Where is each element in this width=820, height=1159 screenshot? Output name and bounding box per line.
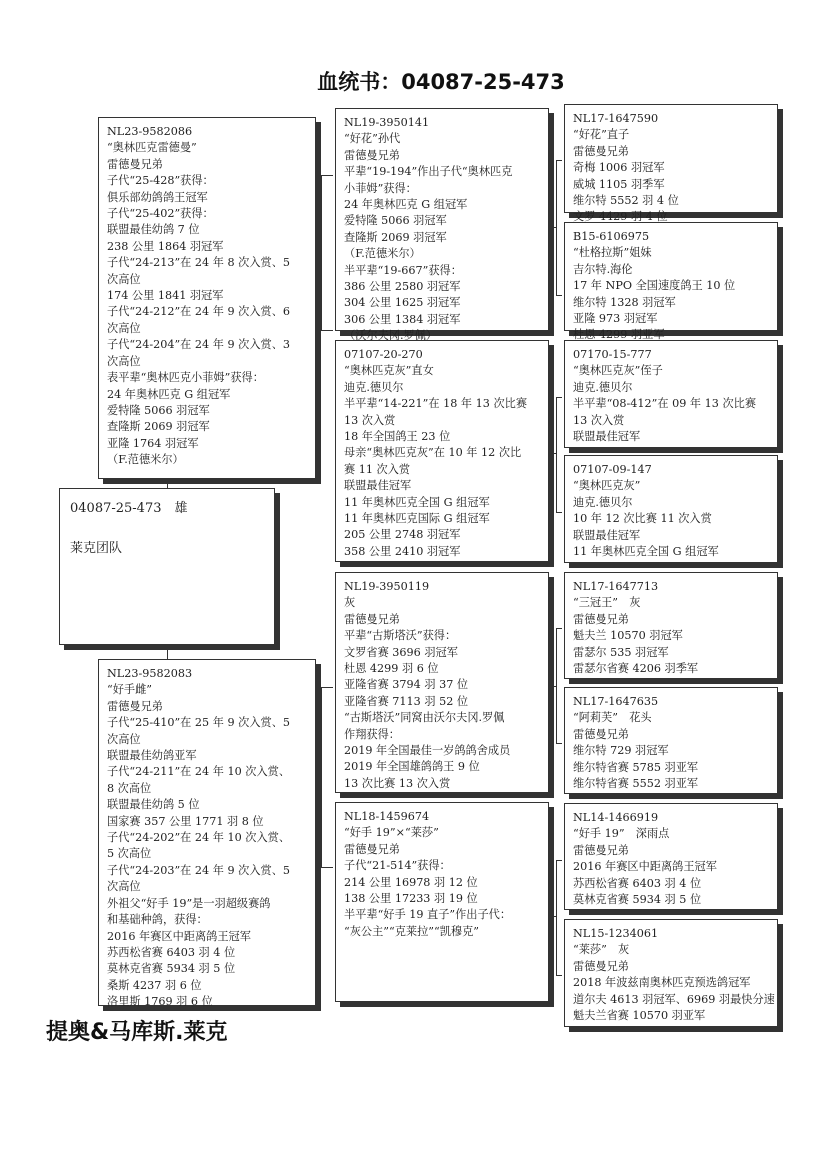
ring-number: NL19-3950119: [344, 579, 540, 595]
pigeon-name: “好手 19” 深雨点: [573, 826, 769, 842]
record-line: 24 年奥林匹克 G 组冠军: [344, 197, 540, 213]
pigeon-name: “好花”孙代: [344, 131, 540, 147]
record-line: 5 次高位: [107, 846, 307, 862]
record-line: 半平辈“14-221”在 18 年 13 次比赛: [344, 396, 540, 412]
record-line: 雷瑟尔省赛 4206 羽季军: [573, 661, 769, 677]
record-line: 表平辈“奥林匹克小菲姆”获得：: [107, 370, 307, 386]
breeder: 雷德曼兄弟: [344, 612, 540, 628]
pigeon-name: “奥林匹克灰”侄子: [573, 363, 769, 379]
record-line: 爱特隆 5066 羽冠军: [344, 213, 540, 229]
record-line: 子代“24-204”在 24 年 9 次入赏、3: [107, 337, 307, 353]
record-line: 8 次高位: [107, 781, 307, 797]
breeder: 迪克.德贝尔: [573, 380, 769, 396]
record-line: 亚隆 1764 羽冠军: [107, 436, 307, 452]
record-line: 联盟最佳幼鸽 7 位: [107, 222, 307, 238]
breeder: 雷德曼兄弟: [573, 727, 769, 743]
record-line: 维尔特省赛 5785 羽亚军: [573, 760, 769, 776]
ring-number: B15-6106975: [573, 229, 769, 245]
pigeon-name: “奥林匹克雷德曼”: [107, 140, 307, 156]
breeder: 雷德曼兄弟: [573, 612, 769, 628]
record-line: 13 次比赛 13 次入赏: [344, 776, 540, 792]
great-grandparent-card-3: 07170-15-777 “奥林匹克灰”侄子 迪克.德贝尔 半平辈“08-412…: [564, 340, 778, 448]
record-line: 304 公里 1625 羽冠军: [344, 295, 540, 311]
record-line: 11 年奥林匹克全国 G 组冠军: [344, 495, 540, 511]
record-line: 维尔特 1328 羽冠军: [573, 295, 769, 311]
record-line: 174 公里 1841 羽冠军: [107, 288, 307, 304]
record-line: 子代“25-410”在 25 年 9 次入赏、5: [107, 715, 307, 731]
record-line: 次高位: [107, 732, 307, 748]
pigeon-name: “奥林匹克灰”: [573, 478, 769, 494]
great-grandparent-card-5: NL17-1647713 “三冠王” 灰 雷德曼兄弟 魁夫兰 10570 羽冠军…: [564, 572, 778, 679]
breeder: 吉尔特.海伦: [573, 262, 769, 278]
record-line: 13 次入赏: [573, 413, 769, 429]
granddam-paternal-card: 07107-20-270 “奥林匹克灰”直女 迪克.德贝尔 半平辈“14-221…: [335, 340, 549, 562]
connector-line: [556, 860, 557, 975]
record-line: 2016 年赛区中距离鸽王冠军: [573, 859, 769, 875]
connector-line: [167, 645, 168, 659]
ring-number: 07107-09-147: [573, 462, 769, 478]
record-line: 莫林克省赛 5934 羽 5 位: [573, 892, 769, 908]
record-line: 次高位: [107, 272, 307, 288]
record-line: 俱乐部幼鸽鸽王冠军: [107, 190, 307, 206]
ring-number: NL18-1459674: [344, 809, 540, 825]
record-line: 文罗省赛 3696 羽冠军: [344, 645, 540, 661]
connector-line: [556, 860, 562, 861]
record-line: 306 公里 1384 羽冠军: [344, 312, 540, 328]
page-title: 血统书：04087-25-473: [0, 66, 820, 96]
breeder: 雷德曼兄弟: [573, 959, 769, 975]
record-line: 威城 1105 羽季军: [573, 177, 769, 193]
record-line: 魁夫兰 10570 羽冠军: [573, 628, 769, 644]
connector-line: [552, 227, 557, 228]
record-line: 13 次入赏: [344, 413, 540, 429]
record-line: 亚隆省赛 7113 羽 52 位: [344, 694, 540, 710]
record-line: 子代“25-428”获得：: [107, 173, 307, 189]
record-line: 联盟最佳冠军: [573, 429, 769, 445]
record-line: 洛里斯 1769 羽 6 位: [107, 994, 307, 1010]
record-line: 17 年 NPO 全国速度鸽王 10 位: [573, 278, 769, 294]
grandsire-maternal-card: NL19-3950119 灰 雷德曼兄弟 平辈“古斯塔沃”获得： 文罗省赛 36…: [335, 572, 549, 793]
owner-signature: 提奥&马库斯.莱克: [46, 1015, 228, 1046]
pigeon-name: “莱莎” 灰: [573, 942, 769, 958]
record-line: 和基础种鸽，获得：: [107, 912, 307, 928]
great-grandparent-card-6: NL17-1647635 “阿莉芙” 花头 雷德曼兄弟 维尔特 729 羽冠军 …: [564, 687, 778, 794]
great-grandparent-card-2: B15-6106975 “杜格拉斯”姐妹 吉尔特.海伦 17 年 NPO 全国速…: [564, 222, 778, 331]
great-grandparent-card-7: NL14-1466919 “好手 19” 深雨点 雷德曼兄弟 2016 年赛区中…: [564, 803, 778, 910]
record-line: 苏西松省赛 6403 羽 4 位: [573, 876, 769, 892]
record-line: 半平辈“08-412”在 09 年 13 次比赛: [573, 396, 769, 412]
ring-number: NL17-1647713: [573, 579, 769, 595]
record-line: 平辈“19-194”作出子代“奥林匹克: [344, 164, 540, 180]
record-line: 维尔特 729 羽冠军: [573, 743, 769, 759]
record-line: 平辈“古斯塔沃”获得：: [344, 628, 540, 644]
record-line: 联盟最佳幼鸽亚军: [107, 748, 307, 764]
record-line: 138 公里 17233 羽 19 位: [344, 891, 540, 907]
breeder: 雷德曼兄弟: [344, 842, 540, 858]
sire-card: NL23-9582086 “奥林匹克雷德曼” 雷德曼兄弟 子代“25-428”获…: [98, 117, 316, 479]
pigeon-name: “好手雌”: [107, 682, 307, 698]
record-line: 子代“24-202”在 24 年 10 次入赏、: [107, 830, 307, 846]
connector-line: [556, 295, 562, 296]
ring-number: 04087-25-473: [70, 501, 162, 516]
ring-number: NL14-1466919: [573, 810, 769, 826]
grandsire-paternal-card: NL19-3950141 “好花”孙代 雷德曼兄弟 平辈“19-194”作出子代…: [335, 108, 549, 331]
record-line: 母亲“奥林匹克灰”在 10 年 12 次比: [344, 445, 540, 461]
record-line: 2016 年赛区中距离鸽王冠军: [107, 929, 307, 945]
ring-number: NL15-1234061: [573, 926, 769, 942]
record-line: 子代“24-203”在 24 年 9 次入赏、5: [107, 863, 307, 879]
record-line: 亚隆 973 羽冠军: [573, 311, 769, 327]
connector-line: [556, 397, 562, 398]
breeder: 雷德曼兄弟: [344, 148, 540, 164]
ring-number: NL17-1647635: [573, 694, 769, 710]
breeder: 雷德曼兄弟: [107, 699, 307, 715]
pigeon-name: “好手 19”×“莱莎”: [344, 825, 540, 841]
great-grandparent-card-4: 07107-09-147 “奥林匹克灰” 迪克.德贝尔 10 年 12 次比赛 …: [564, 455, 778, 563]
record-line: 维尔特省赛 5552 羽亚军: [573, 776, 769, 792]
connector-line: [556, 512, 562, 513]
record-line: 358 公里 2410 羽冠军: [344, 544, 540, 560]
record-line: 爱特隆 5066 羽冠军: [107, 403, 307, 419]
connector-line: [556, 628, 562, 629]
record-line: 联盟最佳幼鸽 5 位: [107, 797, 307, 813]
granddam-maternal-card: NL18-1459674 “好手 19”×“莱莎” 雷德曼兄弟 子代“21-51…: [335, 802, 549, 1002]
record-line: 作翔获得：: [344, 727, 540, 743]
record-line: 18 年全国鸽王 23 位: [344, 429, 540, 445]
pigeon-name: 灰: [344, 595, 540, 611]
record-line: 次高位: [107, 354, 307, 370]
record-line: 次高位: [107, 321, 307, 337]
record-line: 小菲姆”获得：: [344, 181, 540, 197]
pigeon-name: “杜格拉斯”姐妹: [573, 245, 769, 261]
record-line: 联盟最佳冠军: [344, 478, 540, 494]
breeder: 迪克.德贝尔: [344, 380, 540, 396]
pigeon-name: “奥林匹克灰”直女: [344, 363, 540, 379]
connector-line: [552, 686, 557, 687]
ring-number: 07170-15-777: [573, 347, 769, 363]
connector-line: [316, 253, 322, 254]
record-line: 10 年 12 次比赛 11 次入赏: [573, 511, 769, 527]
ring-number: NL17-1647590: [573, 111, 769, 127]
dam-card: NL23-9582083 “好手雌” 雷德曼兄弟 子代“25-410”在 25 …: [98, 659, 316, 1006]
record-line: （F.范德米尔）: [107, 452, 307, 468]
record-line: 联盟最佳冠军: [573, 528, 769, 544]
record-line: 维尔特 5552 羽 4 位: [573, 193, 769, 209]
record-line: 苏西松省赛 6403 羽 4 位: [107, 945, 307, 961]
connector-line: [321, 175, 333, 176]
connector-line: [556, 975, 562, 976]
record-line: 亚隆省赛 3794 羽 37 位: [344, 677, 540, 693]
pigeon-name: “阿莉芙” 花头: [573, 710, 769, 726]
connector-line: [552, 916, 557, 917]
connector-line: [552, 453, 557, 454]
subject-card: 04087-25-473 雄 莱克团队: [59, 488, 275, 645]
record-line: （F.范德米尔）: [344, 246, 540, 262]
connector-line: [321, 687, 333, 688]
record-line: 国家赛 357 公里 1771 羽 8 位: [107, 814, 307, 830]
record-line: 查隆斯 2069 羽冠军: [107, 419, 307, 435]
record-line: 11 年奥林匹克全国 G 组冠军: [573, 544, 769, 560]
record-line: 半平辈“好手 19 直子”作出子代：: [344, 907, 540, 923]
ring-number: NL23-9582086: [107, 124, 307, 140]
record-line: 205 公里 2748 羽冠军: [344, 527, 540, 543]
breeder: 雷德曼兄弟: [107, 157, 307, 173]
record-line: 子代“24-211”在 24 年 10 次入赏、: [107, 764, 307, 780]
pigeon-name: “好花”直子: [573, 127, 769, 143]
record-line: 莫林克省赛 5934 羽 5 位: [107, 961, 307, 977]
pigeon-name: “三冠王” 灰: [573, 595, 769, 611]
connector-line: [321, 867, 333, 868]
breeder: 雷德曼兄弟: [573, 144, 769, 160]
record-line: 杜恩 4299 羽 6 位: [344, 661, 540, 677]
breeder: 雷德曼兄弟: [573, 843, 769, 859]
owner: 莱克团队: [70, 539, 264, 559]
subject-header: 04087-25-473 雄: [70, 499, 264, 519]
connector-line: [321, 687, 322, 867]
record-line: 子代“21-514”获得：: [344, 858, 540, 874]
great-grandparent-card-1: NL17-1647590 “好花”直子 雷德曼兄弟 奇梅 1006 羽冠军 威城…: [564, 104, 778, 213]
record-line: “古斯塔沃”同窝由沃尔夫冈.罗佩: [344, 710, 540, 726]
connector-line: [316, 775, 322, 776]
record-line: 214 公里 16978 羽 12 位: [344, 875, 540, 891]
record-line: 11 年奥林匹克国际 G 组冠军: [344, 511, 540, 527]
record-line: 奇梅 1006 羽冠军: [573, 160, 769, 176]
record-line: 386 公里 2580 羽冠军: [344, 279, 540, 295]
record-line: 半平辈“19-667”获得：: [344, 263, 540, 279]
connector-line: [556, 397, 557, 512]
record-line: 2018 年波兹南奥林匹克预选鸽冠军: [573, 975, 769, 991]
sex-label: 雄: [175, 501, 188, 516]
record-line: 魁夫兰省赛 10570 羽亚军: [573, 1008, 769, 1024]
record-line: 道尔夫 4613 羽冠军、6969 羽最快分速: [573, 992, 769, 1008]
ring-number: NL23-9582083: [107, 666, 307, 682]
record-line: “灰公主”“克莱拉”“凯穆克”: [344, 924, 540, 940]
ring-number: NL19-3950141: [344, 115, 540, 131]
record-line: 桑斯 4237 羽 6 位: [107, 978, 307, 994]
record-line: 24 年奥林匹克 G 组冠军: [107, 387, 307, 403]
connector-line: [321, 330, 333, 331]
record-line: 2019 年全国最佳一岁鸽鸽舍成员: [344, 743, 540, 759]
record-line: 子代“24-212”在 24 年 9 次入赏、6: [107, 304, 307, 320]
record-line: 外祖父“好手 19”是一羽超级赛鸽: [107, 896, 307, 912]
record-line: 子代“24-213”在 24 年 8 次入赏、5: [107, 255, 307, 271]
connector-line: [556, 160, 562, 161]
record-line: 2019 年全国雄鸽鸽王 9 位: [344, 759, 540, 775]
record-line: 赛 11 次入赏: [344, 462, 540, 478]
breeder: 迪克.德贝尔: [573, 495, 769, 511]
record-line: 查隆斯 2069 羽冠军: [344, 230, 540, 246]
record-line: 子代“25-402”获得：: [107, 206, 307, 222]
connector-line: [556, 743, 562, 744]
record-line: 238 公里 1864 羽冠军: [107, 239, 307, 255]
record-line: 雷瑟尔 535 羽冠军: [573, 645, 769, 661]
great-grandparent-card-8: NL15-1234061 “莱莎” 灰 雷德曼兄弟 2018 年波兹南奥林匹克预…: [564, 919, 778, 1027]
record-line: 次高位: [107, 879, 307, 895]
ring-number: 07107-20-270: [344, 347, 540, 363]
